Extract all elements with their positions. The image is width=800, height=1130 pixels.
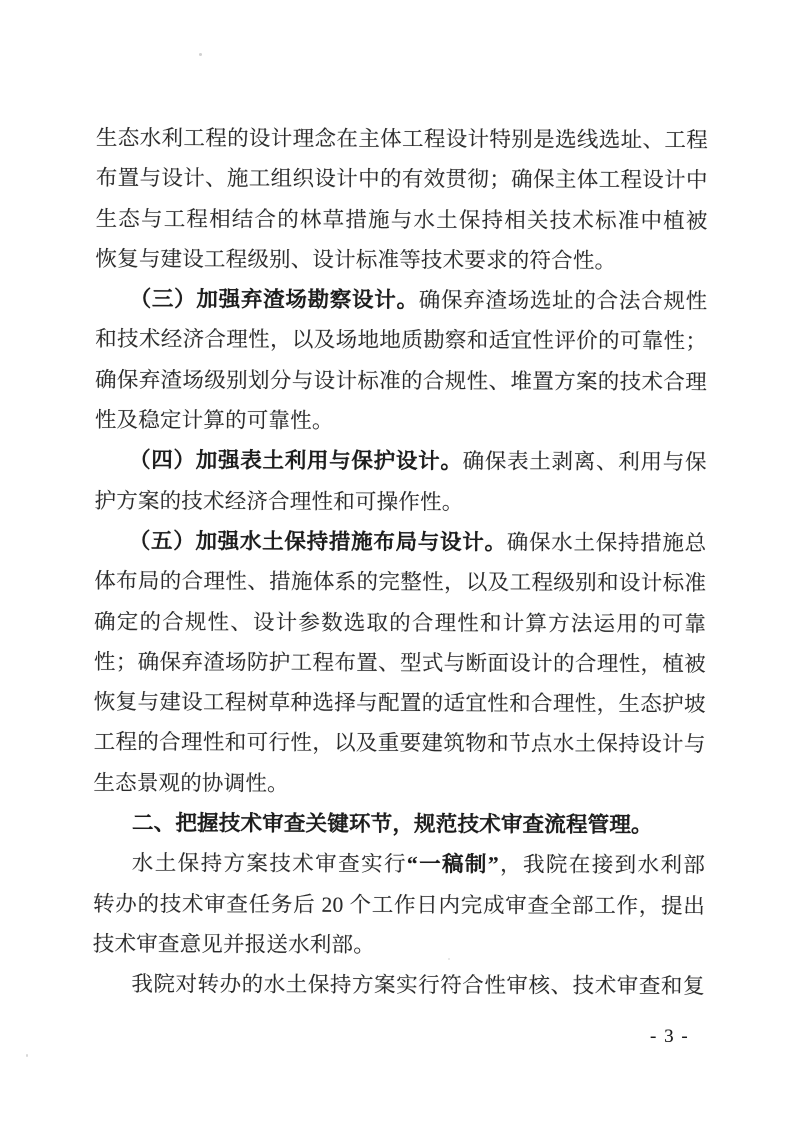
- text-line: 我院对转办的水土保持方案实行符合性审核、技术审查和复: [93, 964, 705, 1007]
- scan-speck: [448, 958, 450, 960]
- bold-text-segment: （五）加强水土保持措施布局与设计。: [129, 529, 507, 554]
- text-line: 确定的合规性、设计参数选取的合理性和计算方法运用的可靠: [94, 601, 706, 644]
- document-page: 生态水利工程的设计理念在主体工程设计特别是选线选址、工程布置与设计、施工组织设计…: [0, 0, 800, 1130]
- text-segment: 技术审查意见并报送水利部。: [93, 932, 375, 957]
- text-segment: 水土保持方案技术审查实行: [132, 851, 407, 876]
- text-line: 布置与设计、施工组织设计中的有效贯彻；确保主体工程设计中: [96, 158, 708, 201]
- text-line: 恢复与建设工程级别、设计标准等技术要求的符合性。: [95, 239, 707, 282]
- scan-speck: [26, 1054, 28, 1057]
- text-segment: 确定的合规性、设计参数选取的合理性和计算方法运用的可靠: [94, 609, 706, 635]
- text-segment: 转办的技术审查任务后 20 个工作日内完成审查全部工作，提出: [93, 891, 705, 917]
- text-line: 恢复与建设工程树草种选择与配置的适宜性和合理性，生态护坡: [94, 682, 706, 725]
- text-segment: 生态景观的协调性。: [93, 771, 288, 796]
- text-segment: 体布局的合理性、措施体系的完整性，以及工程级别和设计标准: [94, 569, 706, 595]
- text-segment: 生态与工程相结合的林草措施与水土保持相关技术标准中植被: [96, 206, 708, 232]
- text-line: （四）加强表土利用与保护设计。确保表土剥离、利用与保: [95, 440, 707, 483]
- text-line: 生态景观的协调性。: [93, 763, 705, 806]
- text-segment: ，我院在接到水利部: [499, 853, 705, 878]
- text-line: 性；确保弃渣场防护工程布置、型式与断面设计的合理性，植被: [94, 642, 706, 685]
- text-line: 二、把握技术审查关键环节，规范技术审查流程管理。: [93, 803, 705, 846]
- text-line: 性及稳定计算的可靠性。: [95, 400, 707, 443]
- text-line: 生态与工程相结合的林草措施与水土保持相关技术标准中植被: [96, 198, 708, 241]
- text-line: 转办的技术审查任务后 20 个工作日内完成审查全部工作，提出: [93, 883, 705, 926]
- text-line: 护方案的技术经济合理性和可操作性。: [94, 480, 706, 523]
- text-segment: 确保弃渣场级别划分与设计标准的合规性、堆置方案的技术合理: [95, 368, 707, 394]
- text-line: 技术审查意见并报送水利部。: [93, 924, 705, 967]
- text-line: 和技术经济合理性，以及场地地质勘察和适宜性评价的可靠性；: [95, 319, 707, 362]
- text-line: （三）加强弃渣场勘察设计。确保弃渣场选址的合法合规性: [95, 279, 707, 322]
- text-segment: 护方案的技术经济合理性和可操作性。: [94, 488, 463, 513]
- text-line: 确保弃渣场级别划分与设计标准的合规性、堆置方案的技术合理: [95, 360, 707, 403]
- text-segment: 性；确保弃渣场防护工程布置、型式与断面设计的合理性，植被: [94, 650, 706, 676]
- text-segment: 布置与设计、施工组织设计中的有效贯彻；确保主体工程设计中: [96, 166, 708, 192]
- bold-text-segment: “一稿制”: [407, 852, 499, 876]
- page-number: - 3 -: [650, 1026, 720, 1048]
- text-segment: 工程的合理性和可行性，以及重要建筑物和节点水土保持设计与: [94, 730, 706, 756]
- text-line: 水土保持方案技术审查实行“一稿制”，我院在接到水利部: [93, 843, 705, 886]
- bold-text-segment: 二、把握技术审查关键环节，规范技术审查流程管理。: [132, 811, 653, 837]
- scan-speck: [199, 53, 202, 56]
- text-line: 体布局的合理性、措施体系的完整性，以及工程级别和设计标准: [94, 561, 706, 604]
- text-segment: 性及稳定计算的可靠性。: [95, 408, 334, 433]
- text-line: 生态水利工程的设计理念在主体工程设计特别是选线选址、工程: [96, 118, 708, 161]
- text-segment: 和技术经济合理性，以及场地地质勘察和适宜性评价的可靠性；: [95, 327, 707, 353]
- text-line: 工程的合理性和可行性，以及重要建筑物和节点水土保持设计与: [94, 722, 706, 765]
- text-segment: 确保表土剥离、利用与保: [463, 450, 707, 475]
- text-segment: 确保弃渣场选址的合法合规性: [419, 288, 708, 313]
- text-segment: 恢复与建设工程树草种选择与配置的适宜性和合理性，生态护坡: [94, 690, 706, 716]
- bold-text-segment: （三）加强弃渣场勘察设计。: [130, 287, 419, 312]
- scan-speck: [161, 250, 163, 252]
- text-segment: 我院对转办的水土保持方案实行符合性审核、技术审查和复: [131, 972, 704, 998]
- text-line: （五）加强水土保持措施布局与设计。确保水土保持措施总: [94, 521, 706, 564]
- bold-text-segment: （四）加强表土利用与保护设计。: [129, 448, 463, 473]
- text-segment: 恢复与建设工程级别、设计标准等技术要求的符合性。: [95, 247, 616, 273]
- text-segment: 生态水利工程的设计理念在主体工程设计特别是选线选址、工程: [96, 126, 708, 152]
- text-segment: 确保水土保持措施总: [507, 530, 707, 555]
- document-body: 生态水利工程的设计理念在主体工程设计特别是选线选址、工程布置与设计、施工组织设计…: [93, 118, 708, 1007]
